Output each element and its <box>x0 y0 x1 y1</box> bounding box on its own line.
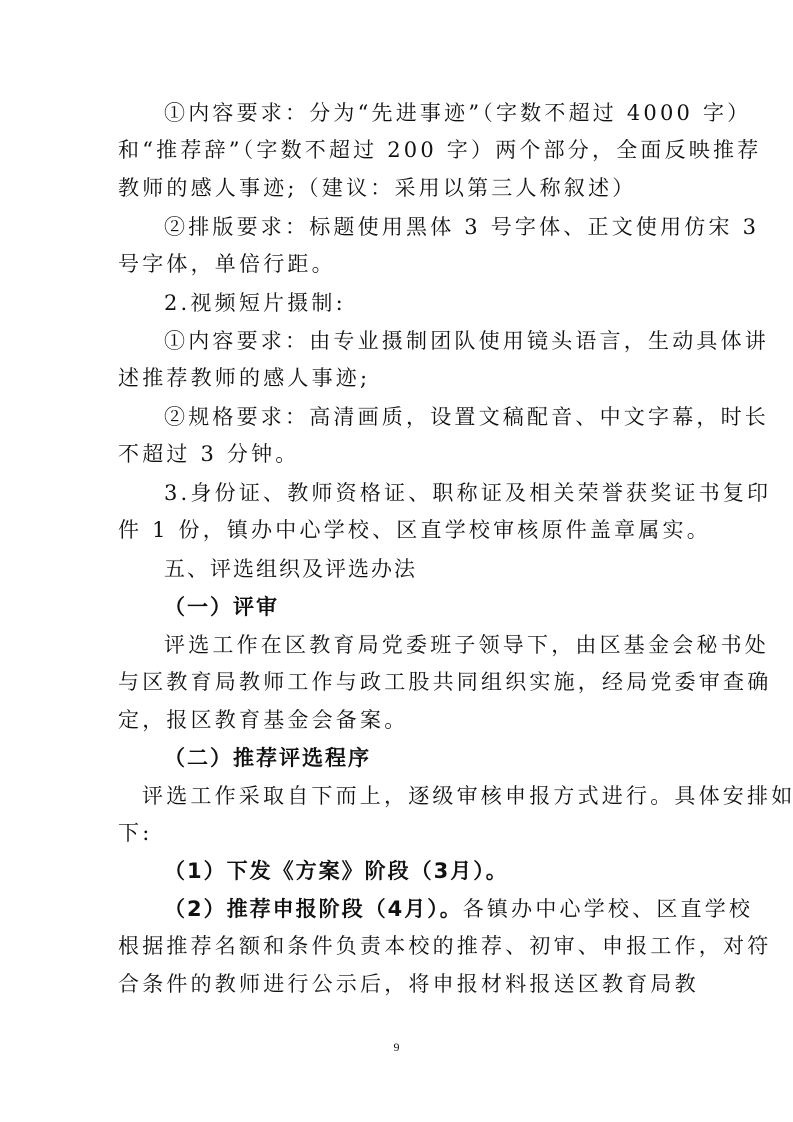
section-heading-5: 五、评选组织及评选办法 <box>164 556 417 582</box>
documents-requirement-cont: 件 1 份，镇办中心学校、区直学校审核原件盖章属实。 <box>118 517 711 543</box>
stage-1-heading: （1）下发《方案》阶段（3月）。 <box>164 858 509 884</box>
stage-2-paragraph-cont: 根据推荐名额和条件负责本校的推荐、初审、申报工作，对符 <box>118 933 693 959</box>
video-spec-requirement: ②规格要求：高清画质，设置文稿配音、中文字幕，时长 <box>164 404 693 430</box>
review-paragraph-cont: 与区教育局教师工作与政工股共同组织实施，经局党委审查确 <box>118 669 693 695</box>
stage-2-paragraph-cont2: 合条件的教师进行公示后，将申报材料报送区教育局教 <box>118 971 693 997</box>
subsection-heading-procedure: （二）推荐评选程序 <box>164 745 371 771</box>
video-heading: 2.视频短片摄制: <box>164 290 346 316</box>
layout-requirement: ②排版要求：标题使用黑体 3 号字体、正文使用仿宋 3 <box>164 214 693 240</box>
review-paragraph-cont2: 定，报区教育基金会备案。 <box>118 707 408 733</box>
layout-requirement-cont: 号字体，单倍行距。 <box>118 251 336 277</box>
video-content-requirement-cont: 述推荐教师的感人事迹; <box>118 365 370 391</box>
video-content-requirement: ①内容要求：由专业摄制团队使用镜头语言，生动具体讲 <box>164 328 693 354</box>
content-requirement-1-cont: 和“推荐辞”（字数不超过 200 字）两个部分，全面反映推荐 <box>118 137 693 163</box>
subsection-heading-review: （一）评审 <box>164 594 279 620</box>
procedure-paragraph: 评选工作采取自下而上，逐级审核申报方式进行。具体安排如 <box>142 783 693 809</box>
procedure-paragraph-cont: 下: <box>118 820 152 846</box>
stage-2-text: 各镇办中心学校、区直学校 <box>463 897 753 921</box>
content-requirement-1: ①内容要求：分为“先进事迹”（字数不超过 4000 字） <box>164 100 751 126</box>
stage-2-paragraph: （2）推荐申报阶段（4月）。各镇办中心学校、区直学校 <box>164 896 693 922</box>
stage-2-heading: （2）推荐申报阶段（4月）。 <box>164 897 463 921</box>
video-spec-requirement-cont: 不超过 3 分钟。 <box>118 441 300 467</box>
page-number: 9 <box>0 1040 793 1055</box>
review-paragraph: 评选工作在区教育局党委班子领导下，由区基金会秘书处 <box>164 632 693 658</box>
content-requirement-1-cont2: 教师的感人事迹;（建议：采用以第三人称叙述） <box>118 175 636 201</box>
documents-requirement: 3.身份证、教师资格证、职称证及相关荣誉获奖证书复印 <box>164 480 693 506</box>
